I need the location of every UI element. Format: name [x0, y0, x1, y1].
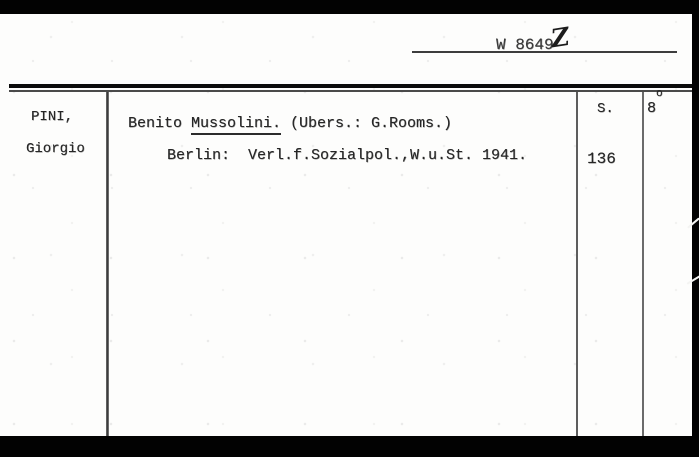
scan-border-right — [692, 0, 699, 457]
column-divider-author — [106, 92, 109, 436]
title-line: Benito Mussolini. (Ubers.: G.Rooms.) — [128, 115, 452, 133]
handwritten-annotation: Z — [549, 24, 571, 52]
title-suffix: (Ubers.: G.Rooms.) — [281, 115, 452, 132]
format-number: 8 — [647, 100, 656, 118]
imprint-line: Berlin: Verl.f.Sozialpol.,W.u.St. 1941. — [167, 147, 527, 165]
title-prefix: Benito — [128, 115, 191, 132]
call-number-underline — [412, 51, 677, 53]
double-rule-upper — [9, 84, 692, 88]
pages-label: S. — [597, 101, 614, 118]
format-superscript: o — [656, 88, 663, 101]
author-firstname: Giorgio — [26, 141, 85, 158]
column-divider-pages — [576, 92, 578, 436]
pages-value: 136 — [587, 150, 616, 169]
title-underlined: Mussolini. — [191, 115, 281, 135]
column-divider-format — [642, 92, 644, 436]
double-rule-lower — [9, 90, 692, 92]
scan-border-top — [0, 0, 699, 14]
author-surname: PINI, — [31, 109, 73, 126]
catalog-card-scan: W 8649 Z PINI, Giorgio Benito Mussolini.… — [0, 0, 699, 457]
scan-border-bottom — [0, 436, 699, 457]
